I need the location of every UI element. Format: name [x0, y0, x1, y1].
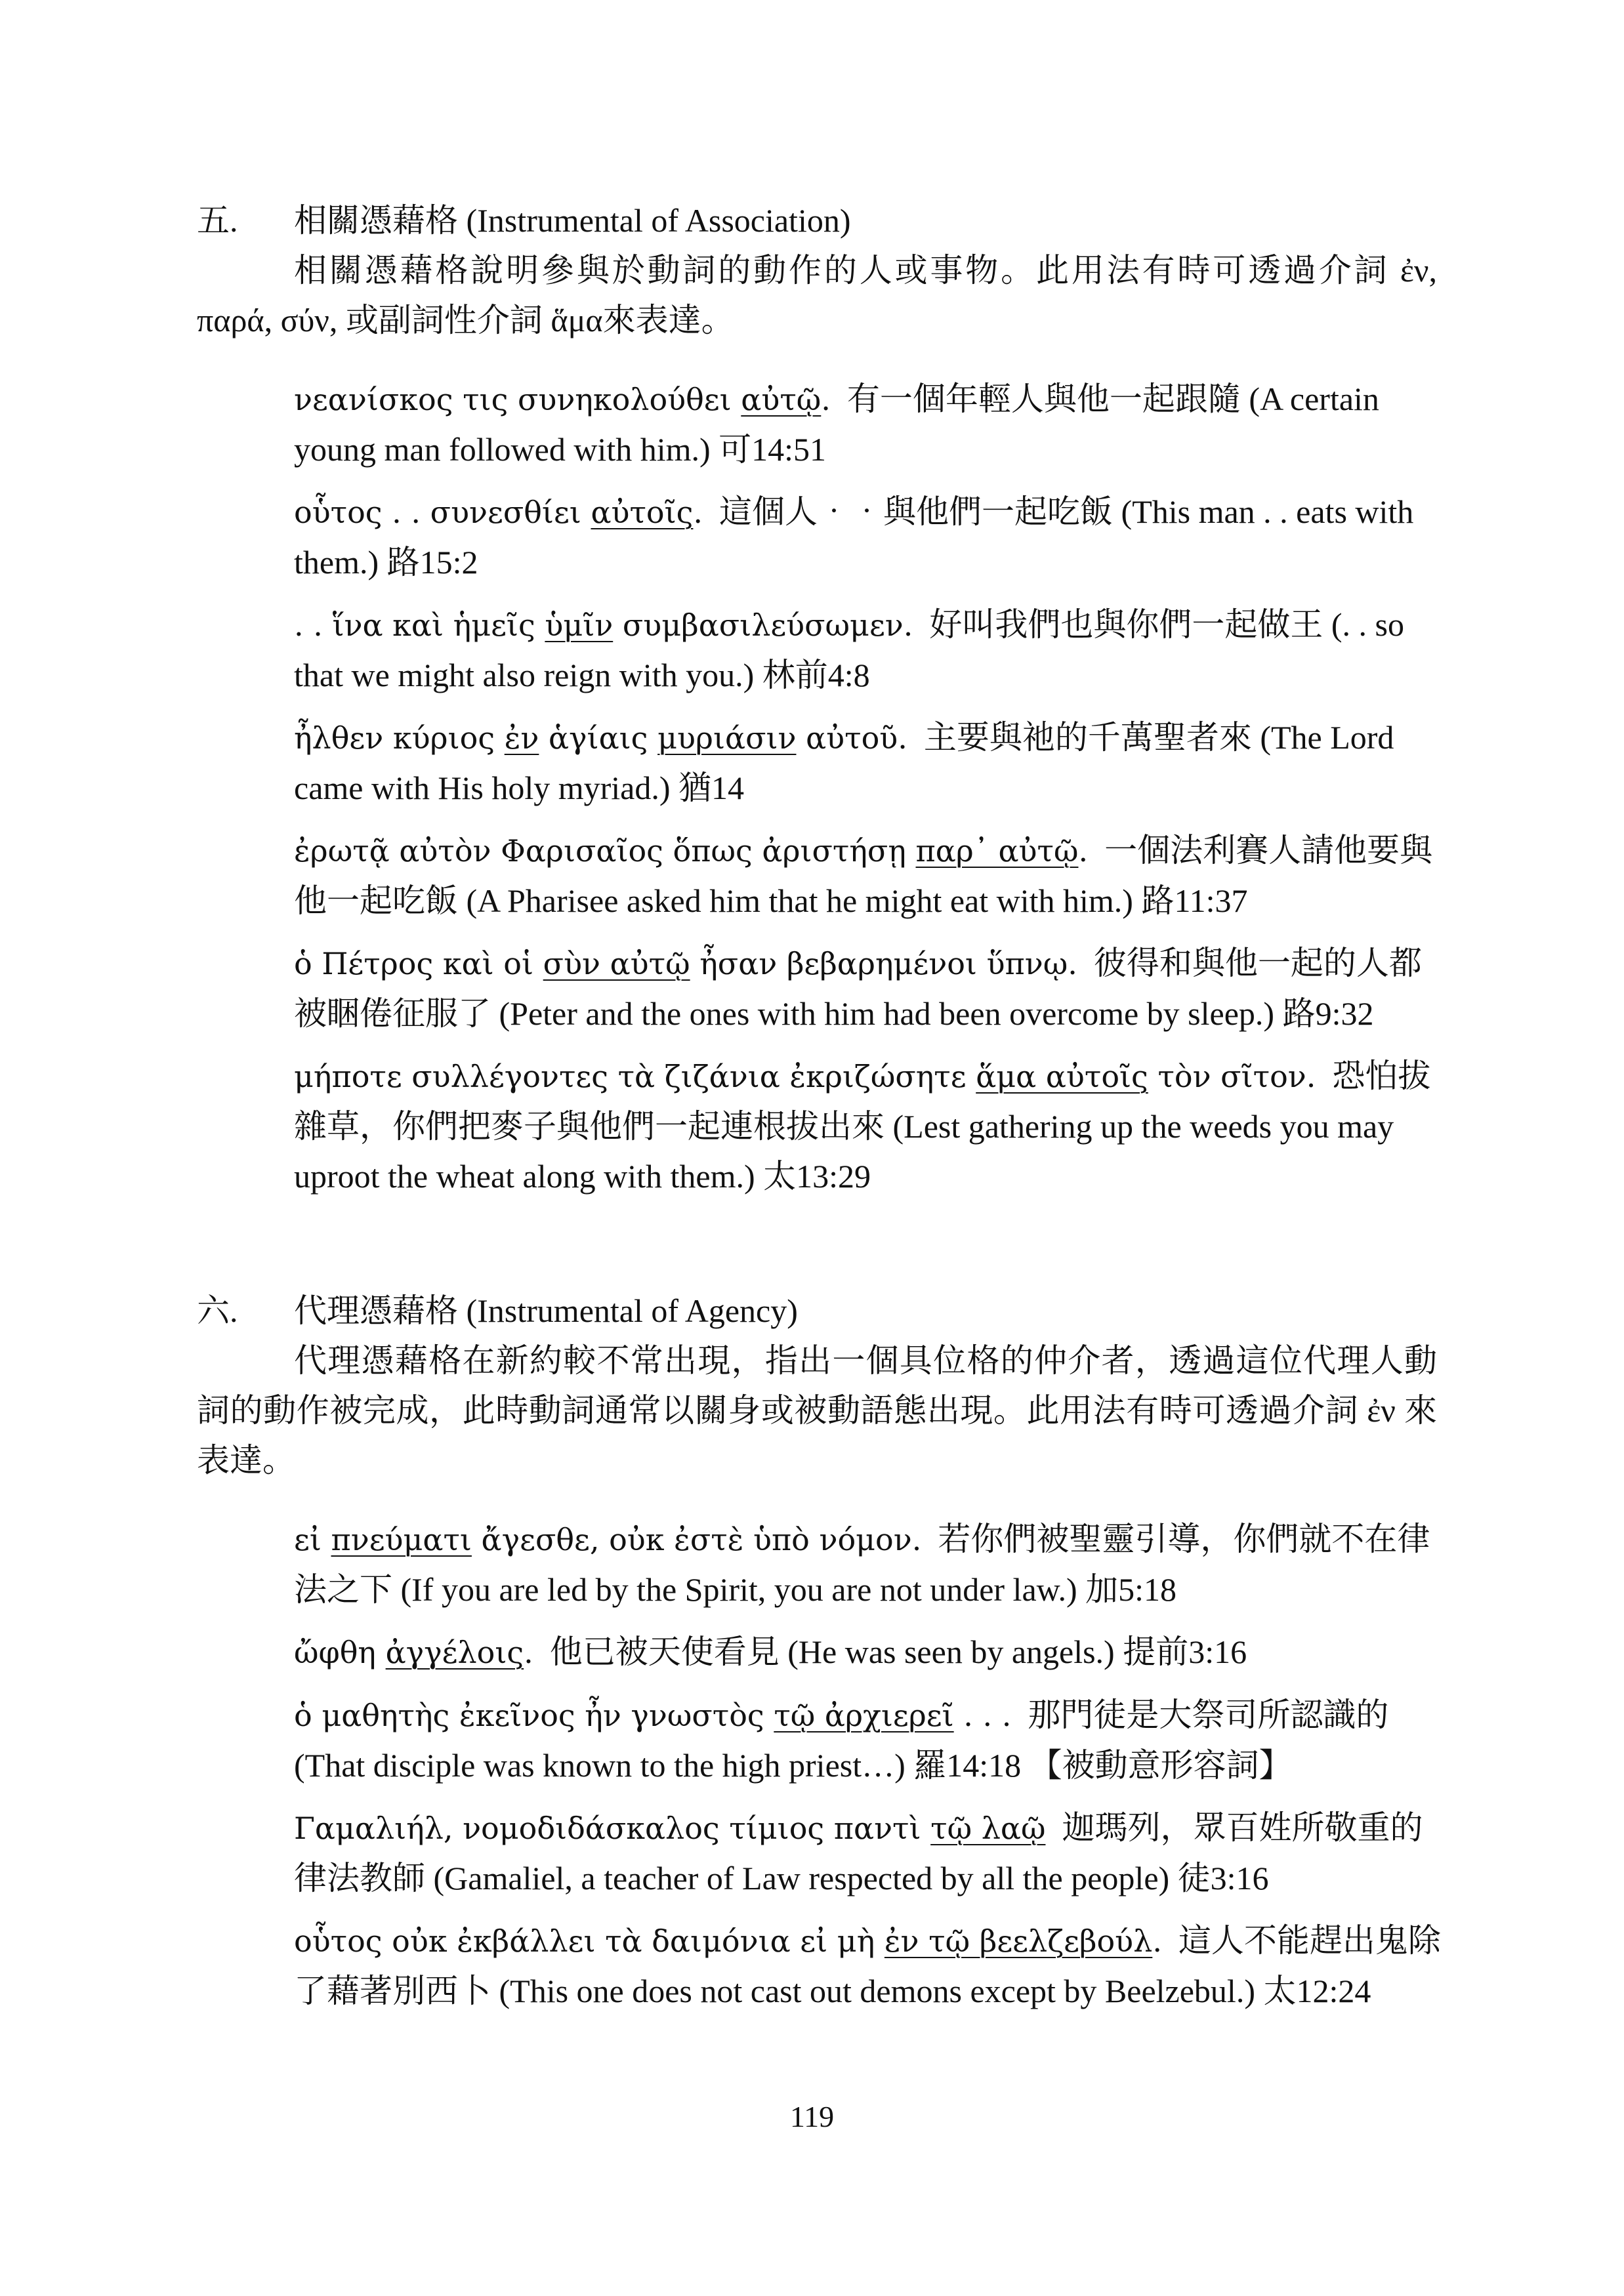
chinese-translation: 好叫我們也與你們一起做王	[929, 606, 1323, 643]
section-description: 代理憑藉格在新約較不常出現，指出一個具位格的仲介者，透過這位代理人動詞的動作被完…	[197, 1336, 1437, 1485]
chinese-translation: 有一個年輕人與他一起跟隨	[847, 380, 1241, 417]
example-list: εἰ πνεύματι ἄγεσθε, οὐκ ἐστὲ ὑπὸ νόμον. …	[294, 1514, 1444, 2016]
scripture-reference: 路15:2	[387, 544, 478, 581]
section-instrumental-of-agency: 六.代理憑藉格 (Instrumental of Agency) 代理憑藉格在新…	[197, 1286, 1444, 2028]
english-translation: (If you are led by the Spirit, you are n…	[401, 1571, 1077, 1608]
example-item: ὁ μαθητὴς ἐκεῖνος ἦν γνωστὸς τῷ ἀρχιερεῖ…	[294, 1690, 1444, 1790]
chinese-translation: 主要與祂的千萬聖者來	[924, 719, 1252, 756]
greek-text: νεανίσκος τις συνηκολούθει αὐτῷ.	[294, 382, 831, 417]
scripture-reference: 羅14:18	[913, 1747, 1021, 1784]
example-list: νεανίσκος τις συνηκολούθει αὐτῷ. 有一個年輕人與…	[294, 374, 1444, 1201]
example-item: ὤφθη ἀγγέλοις. 他已被天使看見 (He was seen by a…	[294, 1627, 1444, 1677]
section-heading: 六.代理憑藉格 (Instrumental of Agency)	[197, 1286, 1444, 1336]
section-title: 相關憑藉格 (Instrumental of Association)	[294, 202, 851, 239]
english-translation: (That disciple was known to the high pri…	[294, 1747, 906, 1784]
chinese-translation: 他已被天使看見	[550, 1633, 780, 1670]
scripture-reference: 可14:51	[718, 431, 826, 468]
greek-text: οὗτος . . συνεσθίει αὐτοῖς.	[294, 495, 703, 530]
english-translation: (Gamaliel, a teacher of Law respected by…	[434, 1860, 1170, 1896]
scripture-reference: 太13:29	[763, 1158, 871, 1195]
greek-text: εἰ πνεύματι ἄγεσθε, οὐκ ἐστὲ ὑπὸ νόμον.	[294, 1522, 921, 1557]
scripture-reference: 路9:32	[1283, 995, 1374, 1032]
greek-text: ὁ μαθητὴς ἐκεῖνος ἦν γνωστὸς τῷ ἀρχιερεῖ…	[294, 1698, 1011, 1733]
example-item: ὁ Πέτρος καὶ οἱ σὺν αὐτῷ ἦσαν βεβαρημένο…	[294, 938, 1444, 1038]
section-description: 相關憑藉格說明參與於動詞的動作的人或事物。此用法有時可透過介詞 ἐν, παρά…	[197, 245, 1437, 345]
example-item: οὗτος . . συνεσθίει αὐτοῖς. 這個人‧‧與他們一起吃飯…	[294, 487, 1444, 587]
page-number: 119	[0, 2099, 1624, 2134]
english-translation: (A Pharisee asked him that he might eat …	[467, 882, 1133, 919]
greek-text: μήποτε συλλέγοντες τὰ ζιζάνια ἐκριζώσητε…	[294, 1059, 1316, 1094]
greek-text: Γαμαλιήλ, νομοδιδάσκαλος τίμιος παντὶ τῷ…	[294, 1811, 1045, 1846]
chinese-translation: 這個人‧‧與他們一起吃飯	[719, 493, 1113, 530]
greek-text: ὁ Πέτρος καὶ οἱ σὺν αὐτῷ ἦσαν βεβαρημένο…	[294, 946, 1077, 981]
scripture-reference: 猶14	[678, 769, 744, 806]
example-item: μήποτε συλλέγοντες τὰ ζιζάνια ἐκριζώσητε…	[294, 1051, 1444, 1201]
example-item: νεανίσκος τις συνηκολούθει αὐτῷ. 有一個年輕人與…	[294, 374, 1444, 474]
greek-text: ἦλθεν κύριος ἐν ἁγίαις μυριάσιν αὐτοῦ.	[294, 720, 907, 756]
greek-text: ὤφθη ἀγγέλοις.	[294, 1635, 533, 1670]
section-heading: 五.相關憑藉格 (Instrumental of Association)	[197, 195, 1444, 245]
example-item: Γαμαλιήλ, νομοδιδάσκαλος τίμιος παντὶ τῷ…	[294, 1803, 1444, 1903]
example-item: ἐρωτᾷ αὐτὸν Φαρισαῖος ὅπως ἀριστήσῃ παρ᾽…	[294, 825, 1444, 926]
scripture-reference: 太12:24	[1263, 1973, 1371, 2009]
greek-text: . . ἵνα καὶ ἡμεῖς ὑμῖν συμβασιλεύσωμεν.	[294, 607, 913, 643]
chinese-translation: 那門徒是大祭司所認識的	[1028, 1696, 1388, 1733]
greek-text: οὗτος οὐκ ἐκβάλλει τὰ δαιμόνια εἰ μὴ ἐν …	[294, 1923, 1162, 1959]
section-number: 六.	[197, 1286, 294, 1336]
example-item: εἰ πνεύματι ἄγεσθε, οὐκ ἐστὲ ὑπὸ νόμον. …	[294, 1514, 1444, 1614]
english-translation: (This one does not cast out demons excep…	[499, 1973, 1255, 2009]
section-title: 代理憑藉格 (Instrumental of Agency)	[294, 1292, 798, 1329]
section-number: 五.	[197, 195, 294, 245]
scripture-reference: 徒3:16	[1178, 1860, 1269, 1896]
document-page: 五.相關憑藉格 (Instrumental of Association) 相關…	[0, 0, 1624, 2296]
example-item: . . ἵνα καὶ ἡμεῖς ὑμῖν συμβασιλεύσωμεν. …	[294, 600, 1444, 700]
scripture-reference: 路11:37	[1141, 882, 1247, 919]
scripture-reference: 加5:18	[1085, 1571, 1176, 1608]
scripture-reference: 提前3:16	[1123, 1633, 1247, 1670]
english-translation: (He was seen by angels.)	[787, 1633, 1114, 1670]
english-translation: (Peter and the ones with him had been ov…	[499, 995, 1275, 1032]
grammar-note: 【被動意形容詞】	[1030, 1747, 1292, 1784]
section-instrumental-of-association: 五.相關憑藉格 (Instrumental of Association) 相關…	[197, 195, 1444, 1214]
example-item: οὗτος οὐκ ἐκβάλλει τὰ δαιμόνια εἰ μὴ ἐν …	[294, 1916, 1444, 2016]
greek-text: ἐρωτᾷ αὐτὸν Φαρισαῖος ὅπως ἀριστήσῃ παρ᾽…	[294, 833, 1088, 869]
example-item: ἦλθεν κύριος ἐν ἁγίαις μυριάσιν αὐτοῦ. 主…	[294, 712, 1444, 813]
scripture-reference: 林前4:8	[762, 657, 870, 693]
